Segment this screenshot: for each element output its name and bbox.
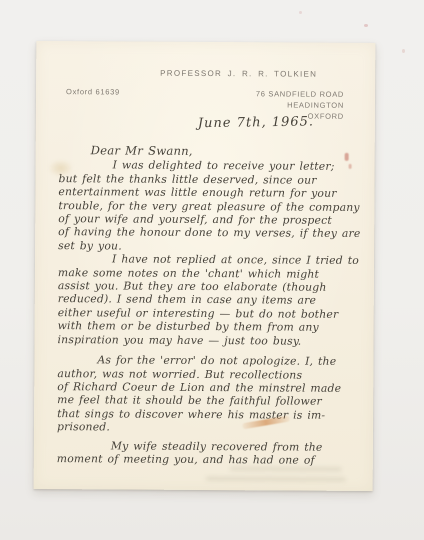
- letterhead-address-line: 76 SANDFIELD ROAD: [256, 88, 344, 100]
- letter-paper: PROFESSOR J. R. R. TOLKIEN Oxford 61639 …: [34, 41, 376, 491]
- bleed-through-ghost-text: [206, 476, 346, 482]
- letterhead-phone: Oxford 61639: [66, 87, 120, 96]
- letter-line: entertainment was little enough return f…: [58, 185, 370, 200]
- letterhead-address-line: HEADINGTON: [256, 99, 344, 111]
- letter-line: set by you.: [58, 239, 370, 254]
- background-speck: [299, 11, 302, 14]
- letter-line: inspiration you may have — just too busy…: [58, 333, 370, 348]
- letter-line: moment of meeting you, and has had one o…: [57, 452, 369, 467]
- bleed-through-ghost-text: [230, 466, 342, 472]
- letterhead-name: PROFESSOR J. R. R. TOLKIEN: [160, 69, 317, 79]
- letter-body: Dear Mr Swann, I was delighted to receiv…: [57, 144, 371, 467]
- letter-salutation: Dear Mr Swann,: [59, 144, 371, 159]
- letter-line: As for the 'error' do not apologize. I, …: [57, 353, 369, 368]
- letter-date: June 7th, 1965.: [198, 114, 314, 131]
- background-speck: [364, 24, 368, 27]
- letter-line: prisoned.: [57, 420, 369, 435]
- photo-background: PROFESSOR J. R. R. TOLKIEN Oxford 61639 …: [0, 0, 424, 540]
- background-speck: [402, 49, 405, 53]
